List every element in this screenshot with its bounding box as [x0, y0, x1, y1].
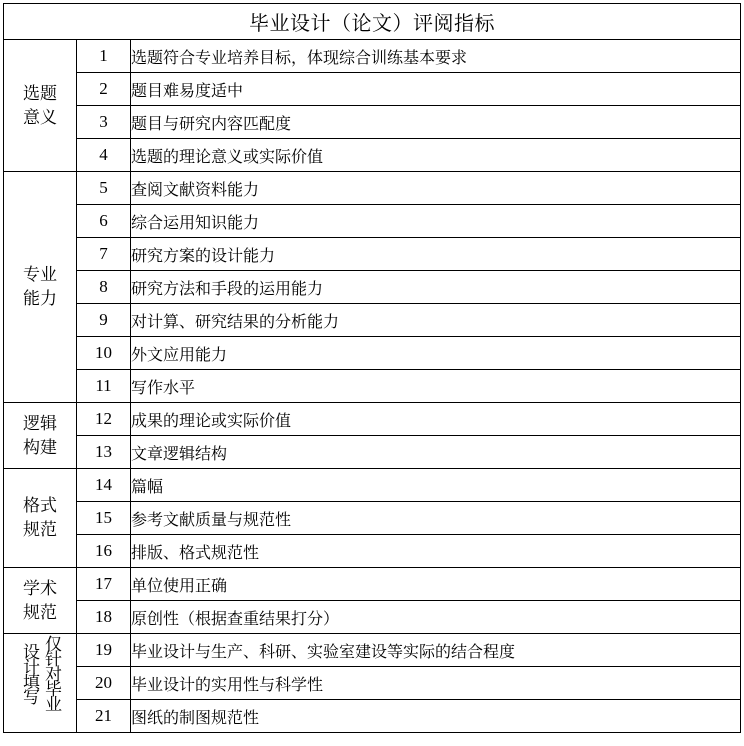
- category-label-line: 规范: [4, 518, 76, 542]
- item-number: 3: [77, 106, 131, 139]
- item-number: 5: [77, 172, 131, 205]
- table-row: 16 排版、格式规范性: [4, 535, 741, 568]
- item-text: 写作水平: [131, 370, 741, 403]
- item-text: 对计算、研究结果的分析能力: [131, 304, 741, 337]
- item-number: 11: [77, 370, 131, 403]
- table-row: 8 研究方法和手段的运用能力: [4, 271, 741, 304]
- item-number: 10: [77, 337, 131, 370]
- table-row: 4 选题的理论意义或实际价值: [4, 139, 741, 172]
- table-row: 2 题目难易度适中: [4, 73, 741, 106]
- vertical-label-column: 仅针对毕业: [42, 635, 60, 710]
- category-label-line: 逻辑: [4, 412, 76, 436]
- item-text: 综合运用知识能力: [131, 205, 741, 238]
- item-number: 20: [77, 667, 131, 700]
- table-row: 6 综合运用知识能力: [4, 205, 741, 238]
- evaluation-criteria-table: 毕业设计（论文）评阅指标 选题 意义 1 选题符合专业培养目标，体现综合训练基本…: [3, 3, 741, 733]
- item-text: 查阅文献资料能力: [131, 172, 741, 205]
- table-row: 格式 规范 14 篇幅: [4, 469, 741, 502]
- table-row: 11 写作水平: [4, 370, 741, 403]
- item-number: 14: [77, 469, 131, 502]
- item-number: 13: [77, 436, 131, 469]
- category-academic-standards: 学术 规范: [4, 568, 77, 634]
- item-number: 21: [77, 700, 131, 733]
- item-text: 选题的理论意义或实际价值: [131, 139, 741, 172]
- item-text: 文章逻辑结构: [131, 436, 741, 469]
- category-design-only: 仅针对毕业 设计填写: [4, 634, 77, 733]
- table-row: 逻辑 构建 12 成果的理论或实际价值: [4, 403, 741, 436]
- item-number: 1: [77, 40, 131, 73]
- table-row: 3 题目与研究内容匹配度: [4, 106, 741, 139]
- item-text: 研究方法和手段的运用能力: [131, 271, 741, 304]
- item-number: 12: [77, 403, 131, 436]
- category-label-line: 格式: [4, 494, 76, 518]
- item-number: 9: [77, 304, 131, 337]
- item-number: 16: [77, 535, 131, 568]
- item-number: 7: [77, 238, 131, 271]
- table-row: 选题 意义 1 选题符合专业培养目标，体现综合训练基本要求: [4, 40, 741, 73]
- item-text: 篇幅: [131, 469, 741, 502]
- item-text: 原创性（根据查重结果打分）: [131, 601, 741, 634]
- table-row: 仅针对毕业 设计填写 19 毕业设计与生产、科研、实验室建设等实际的结合程度: [4, 634, 741, 667]
- item-number: 17: [77, 568, 131, 601]
- item-text: 图纸的制图规范性: [131, 700, 741, 733]
- category-format-standards: 格式 规范: [4, 469, 77, 568]
- table-row: 15 参考文献质量与规范性: [4, 502, 741, 535]
- category-topic-significance: 选题 意义: [4, 40, 77, 172]
- table-row: 10 外文应用能力: [4, 337, 741, 370]
- category-label-line: 能力: [4, 287, 76, 311]
- category-label-line: 意义: [4, 106, 76, 130]
- item-number: 6: [77, 205, 131, 238]
- table-row: 7 研究方案的设计能力: [4, 238, 741, 271]
- item-text: 题目难易度适中: [131, 73, 741, 106]
- vertical-label: 仅针对毕业 设计填写: [4, 635, 76, 731]
- table-row: 13 文章逻辑结构: [4, 436, 741, 469]
- table-row: 9 对计算、研究结果的分析能力: [4, 304, 741, 337]
- table-row: 专业 能力 5 查阅文献资料能力: [4, 172, 741, 205]
- item-text: 外文应用能力: [131, 337, 741, 370]
- item-text: 排版、格式规范性: [131, 535, 741, 568]
- table-row: 21 图纸的制图规范性: [4, 700, 741, 733]
- table-row: 学术 规范 17 单位使用正确: [4, 568, 741, 601]
- item-text: 选题符合专业培养目标，体现综合训练基本要求: [131, 40, 741, 73]
- item-number: 8: [77, 271, 131, 304]
- item-number: 4: [77, 139, 131, 172]
- category-professional-ability: 专业 能力: [4, 172, 77, 403]
- item-number: 19: [77, 634, 131, 667]
- category-label-line: 专业: [4, 263, 76, 287]
- table-row: 20 毕业设计的实用性与科学性: [4, 667, 741, 700]
- category-label-line: 选题: [4, 82, 76, 106]
- item-number: 18: [77, 601, 131, 634]
- category-logical-structure: 逻辑 构建: [4, 403, 77, 469]
- item-text: 毕业设计的实用性与科学性: [131, 667, 741, 700]
- table-row: 18 原创性（根据查重结果打分）: [4, 601, 741, 634]
- item-text: 单位使用正确: [131, 568, 741, 601]
- table-title: 毕业设计（论文）评阅指标: [4, 4, 741, 40]
- item-text: 研究方案的设计能力: [131, 238, 741, 271]
- category-label-line: 规范: [4, 601, 76, 625]
- item-text: 成果的理论或实际价值: [131, 403, 741, 436]
- vertical-label-column: 设计填写: [20, 643, 38, 703]
- item-text: 毕业设计与生产、科研、实验室建设等实际的结合程度: [131, 634, 741, 667]
- title-row: 毕业设计（论文）评阅指标: [4, 4, 741, 40]
- category-label-line: 构建: [4, 436, 76, 460]
- item-number: 2: [77, 73, 131, 106]
- category-label-line: 学术: [4, 577, 76, 601]
- item-number: 15: [77, 502, 131, 535]
- item-text: 参考文献质量与规范性: [131, 502, 741, 535]
- item-text: 题目与研究内容匹配度: [131, 106, 741, 139]
